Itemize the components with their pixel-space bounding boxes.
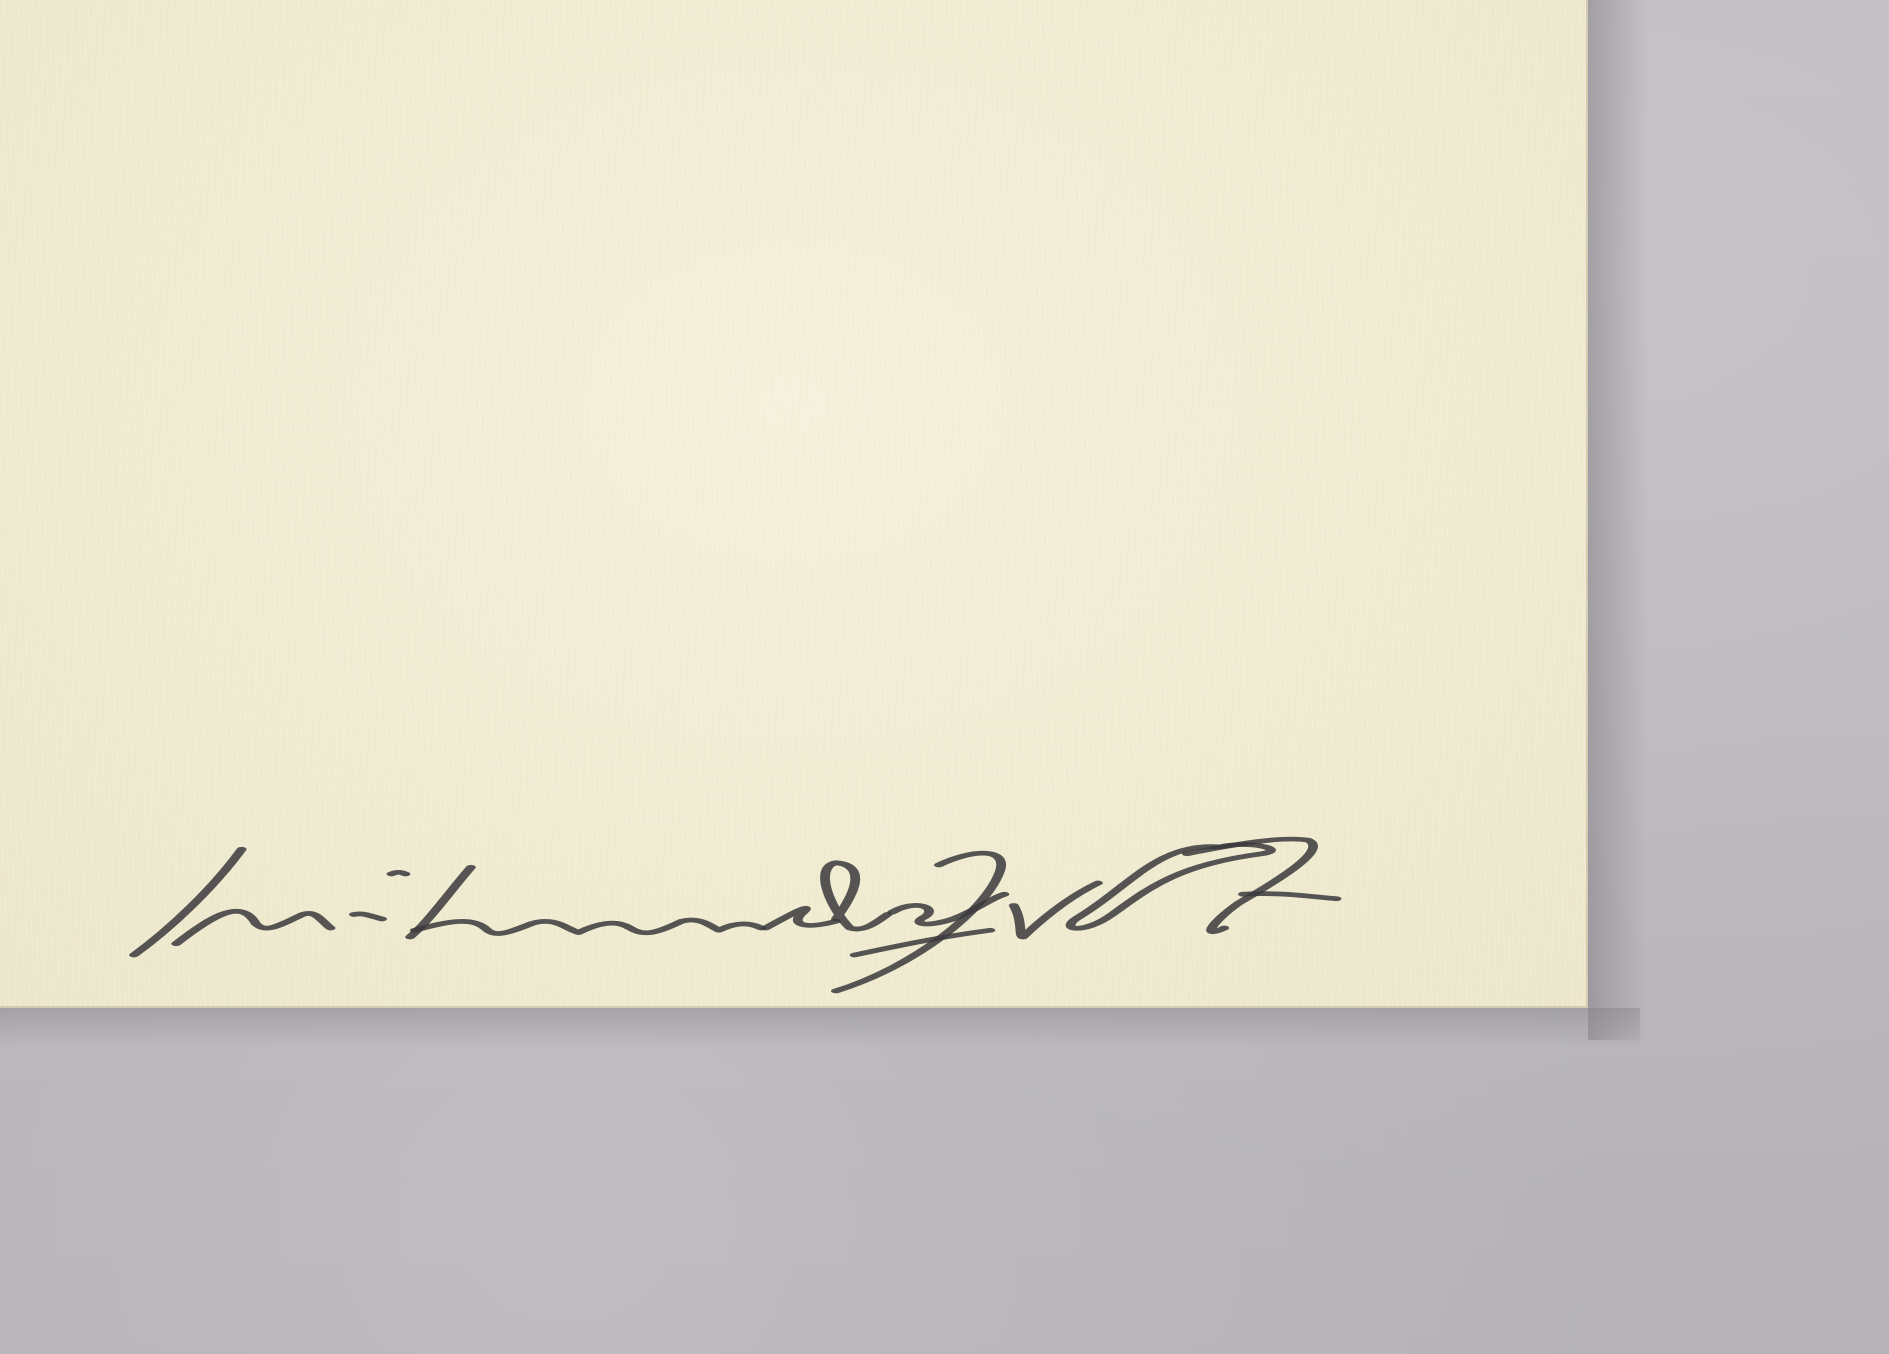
signature-strokes bbox=[120, 820, 1360, 1000]
paper-shadow-bottom bbox=[0, 1008, 1640, 1048]
paper-shadow-right bbox=[1588, 0, 1648, 1040]
pencil-signature: Wintersberger 87 bbox=[120, 820, 1360, 1000]
